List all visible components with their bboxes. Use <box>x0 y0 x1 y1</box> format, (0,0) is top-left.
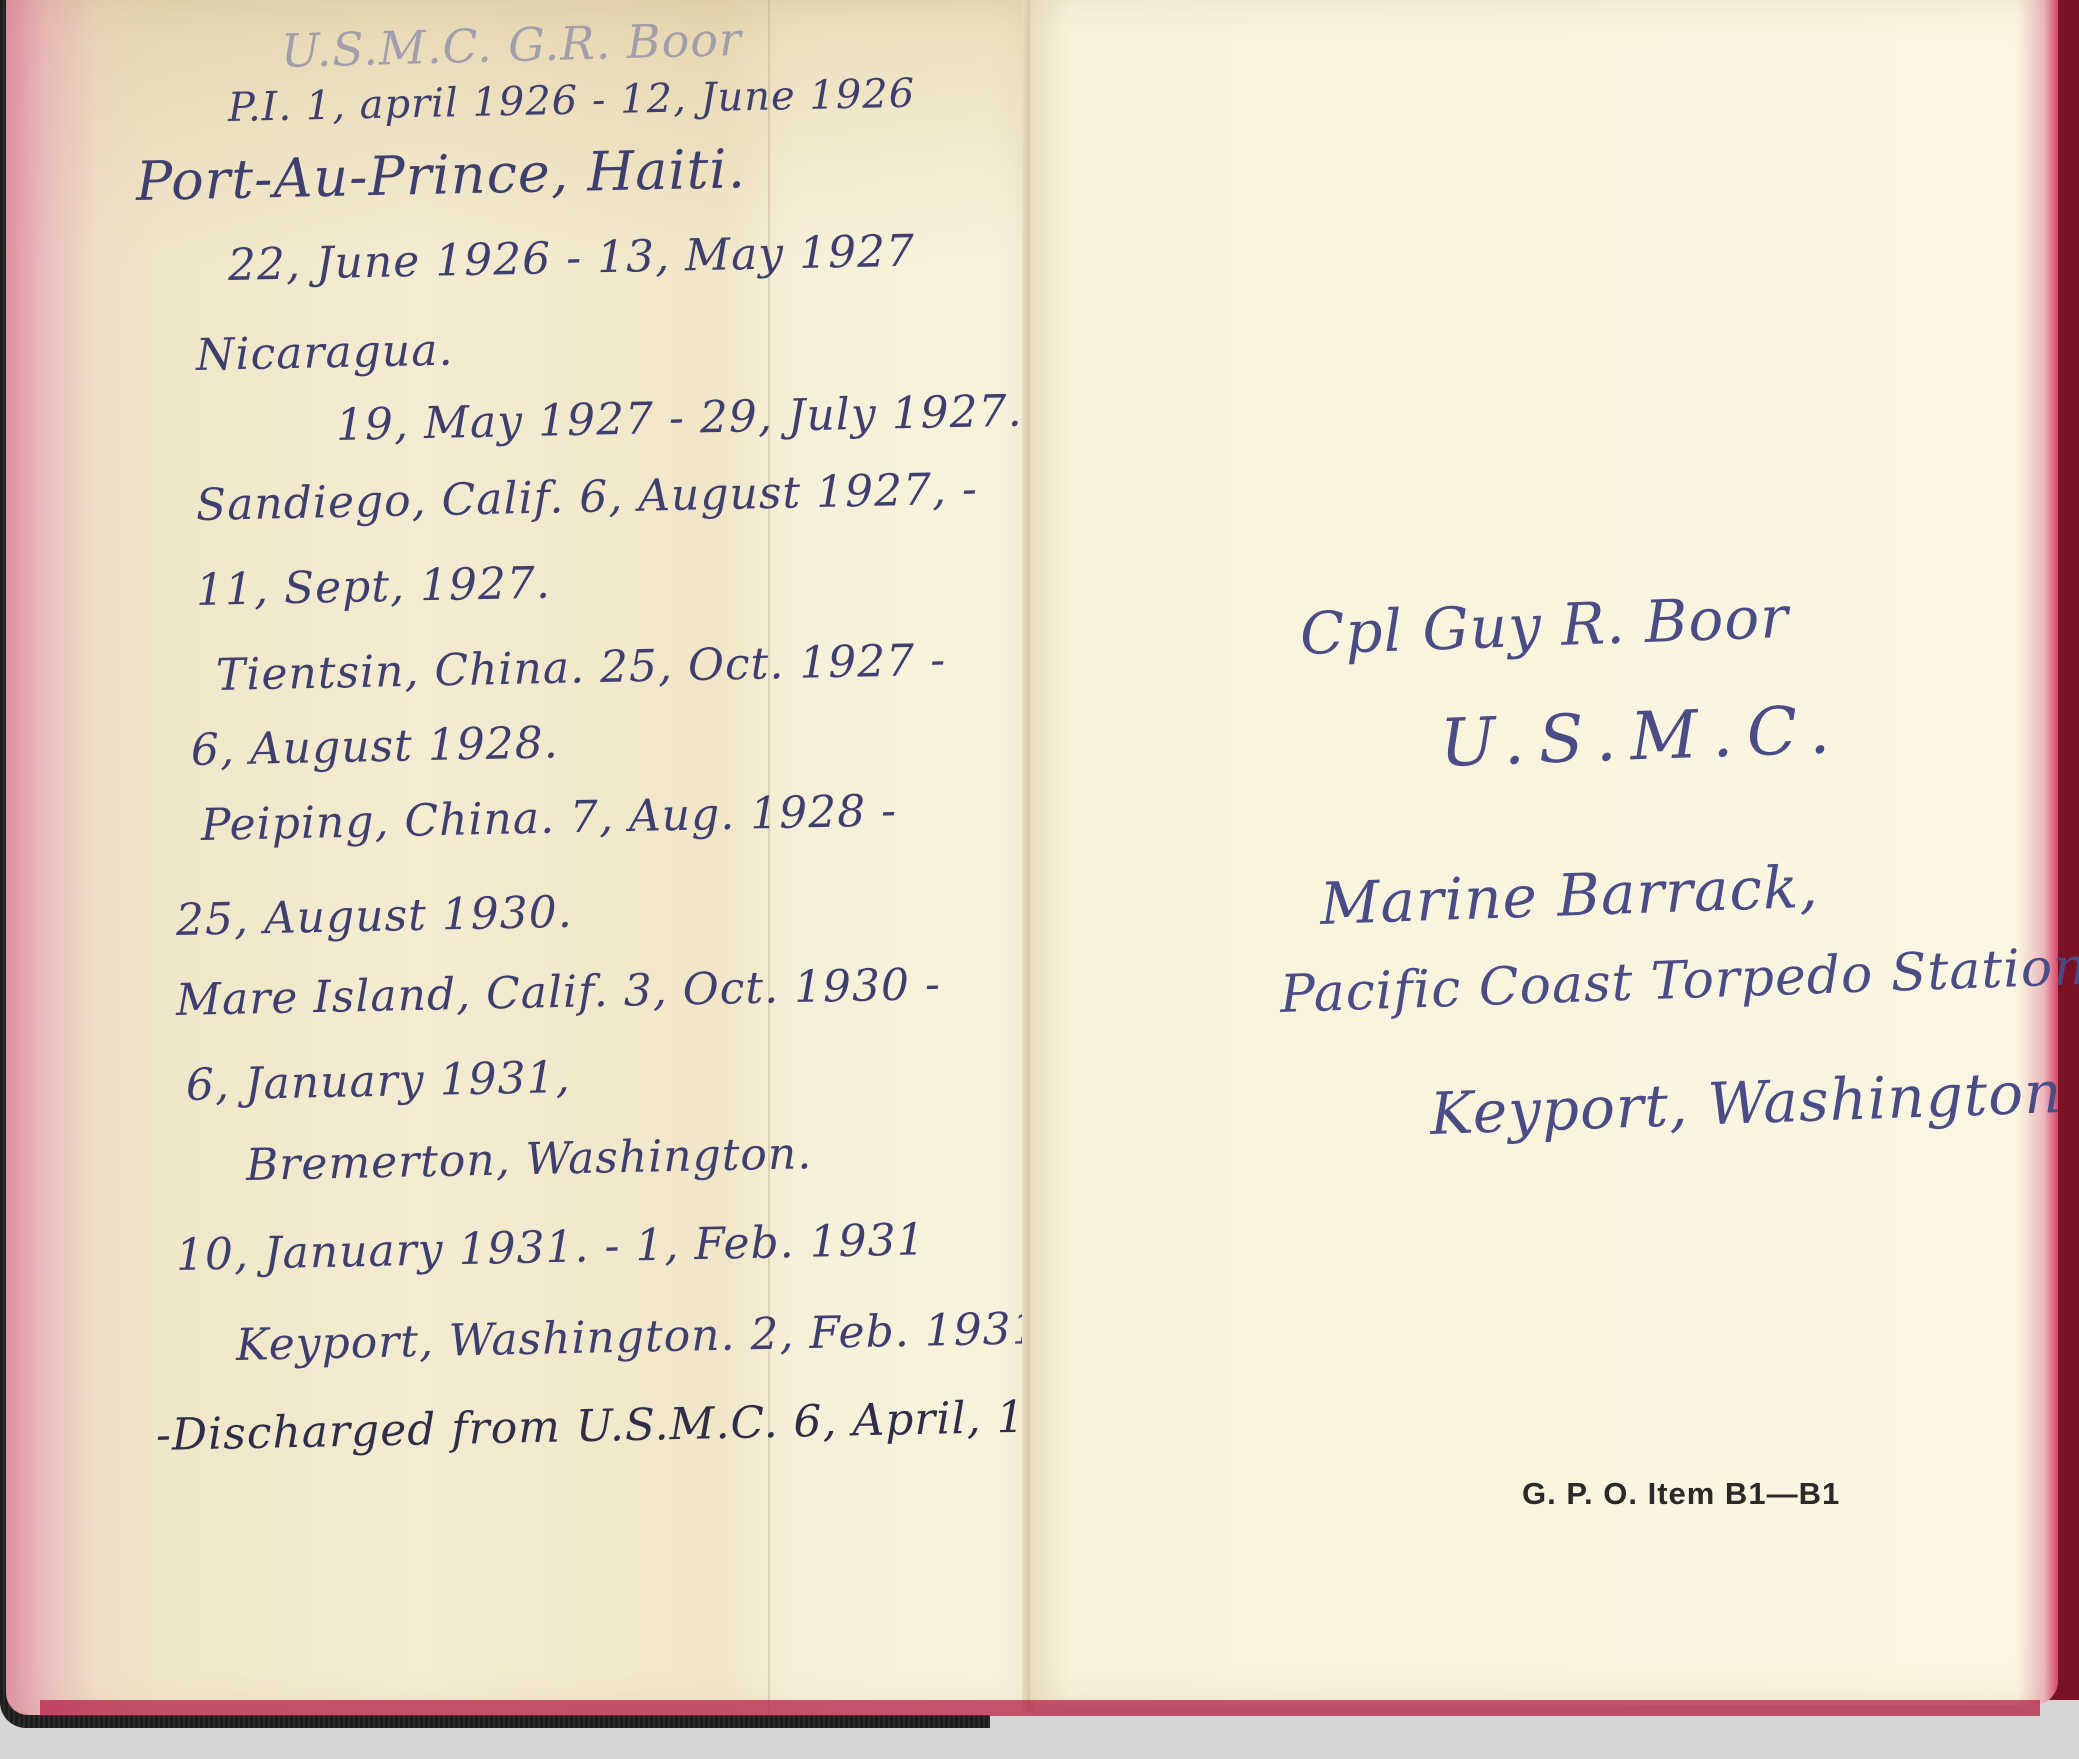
gpo-item-label: G. P. O. Item B1—B1 <box>1522 1476 1840 1512</box>
service-line: Nicaragua. <box>195 325 453 381</box>
address-line-1: Marine Barrack, <box>1319 853 1820 938</box>
service-line: Keyport, Washington. 2, Feb. 1931 <box>235 1303 1041 1371</box>
discharge-line: -Discharged from U.S.M.C. 6, April, 1932 <box>155 1390 1113 1461</box>
service-line: Mare Island, Calif. 3, Oct. 1930 - <box>175 959 941 1026</box>
scan-background: U.S.M.C. G.R. Boor P.I. 1, april 1926 - … <box>0 0 2079 1759</box>
left-page: U.S.M.C. G.R. Boor P.I. 1, april 1926 - … <box>6 0 1030 1715</box>
service-line: Port-Au-Prince, Haiti. <box>135 137 746 213</box>
signature-unit: U.S.M.C. <box>1439 691 1846 782</box>
address-line-2: Pacific Coast Torpedo Station, <box>1279 936 2079 1025</box>
faint-header: U.S.M.C. G.R. Boor <box>280 12 742 78</box>
service-line: Tientsin, China. 25, Oct. 1927 - <box>215 635 946 701</box>
service-line: Sandiego, Calif. 6, August 1927, - <box>195 464 978 531</box>
service-line: 25, August 1930. <box>175 887 573 946</box>
address-line-3: Keyport, Washington <box>1429 1058 2064 1148</box>
service-line: Peiping, China. 7, Aug. 1928 - <box>200 785 897 851</box>
service-line: P.I. 1, april 1926 - 12, June 1926 <box>228 71 916 131</box>
signature-name: Cpl Guy R. Boor <box>1299 583 1790 668</box>
service-line: 6, August 1928. <box>190 717 559 776</box>
right-page: Cpl Guy R. Boor U.S.M.C. Marine Barrack,… <box>1030 0 2058 1705</box>
service-line: 22, June 1926 - 13, May 1927 <box>227 226 915 291</box>
service-line: 6, January 1931, <box>185 1052 571 1111</box>
red-page-edge <box>40 1700 2040 1716</box>
service-line: 11, Sept, 1927. <box>195 558 551 616</box>
service-line: 10, January 1931. - 1, Feb. 1931 <box>175 1214 926 1281</box>
service-line: 19, May 1927 - 29, July 1927. <box>335 386 1023 451</box>
service-line: Bremerton, Washington. <box>245 1128 812 1191</box>
